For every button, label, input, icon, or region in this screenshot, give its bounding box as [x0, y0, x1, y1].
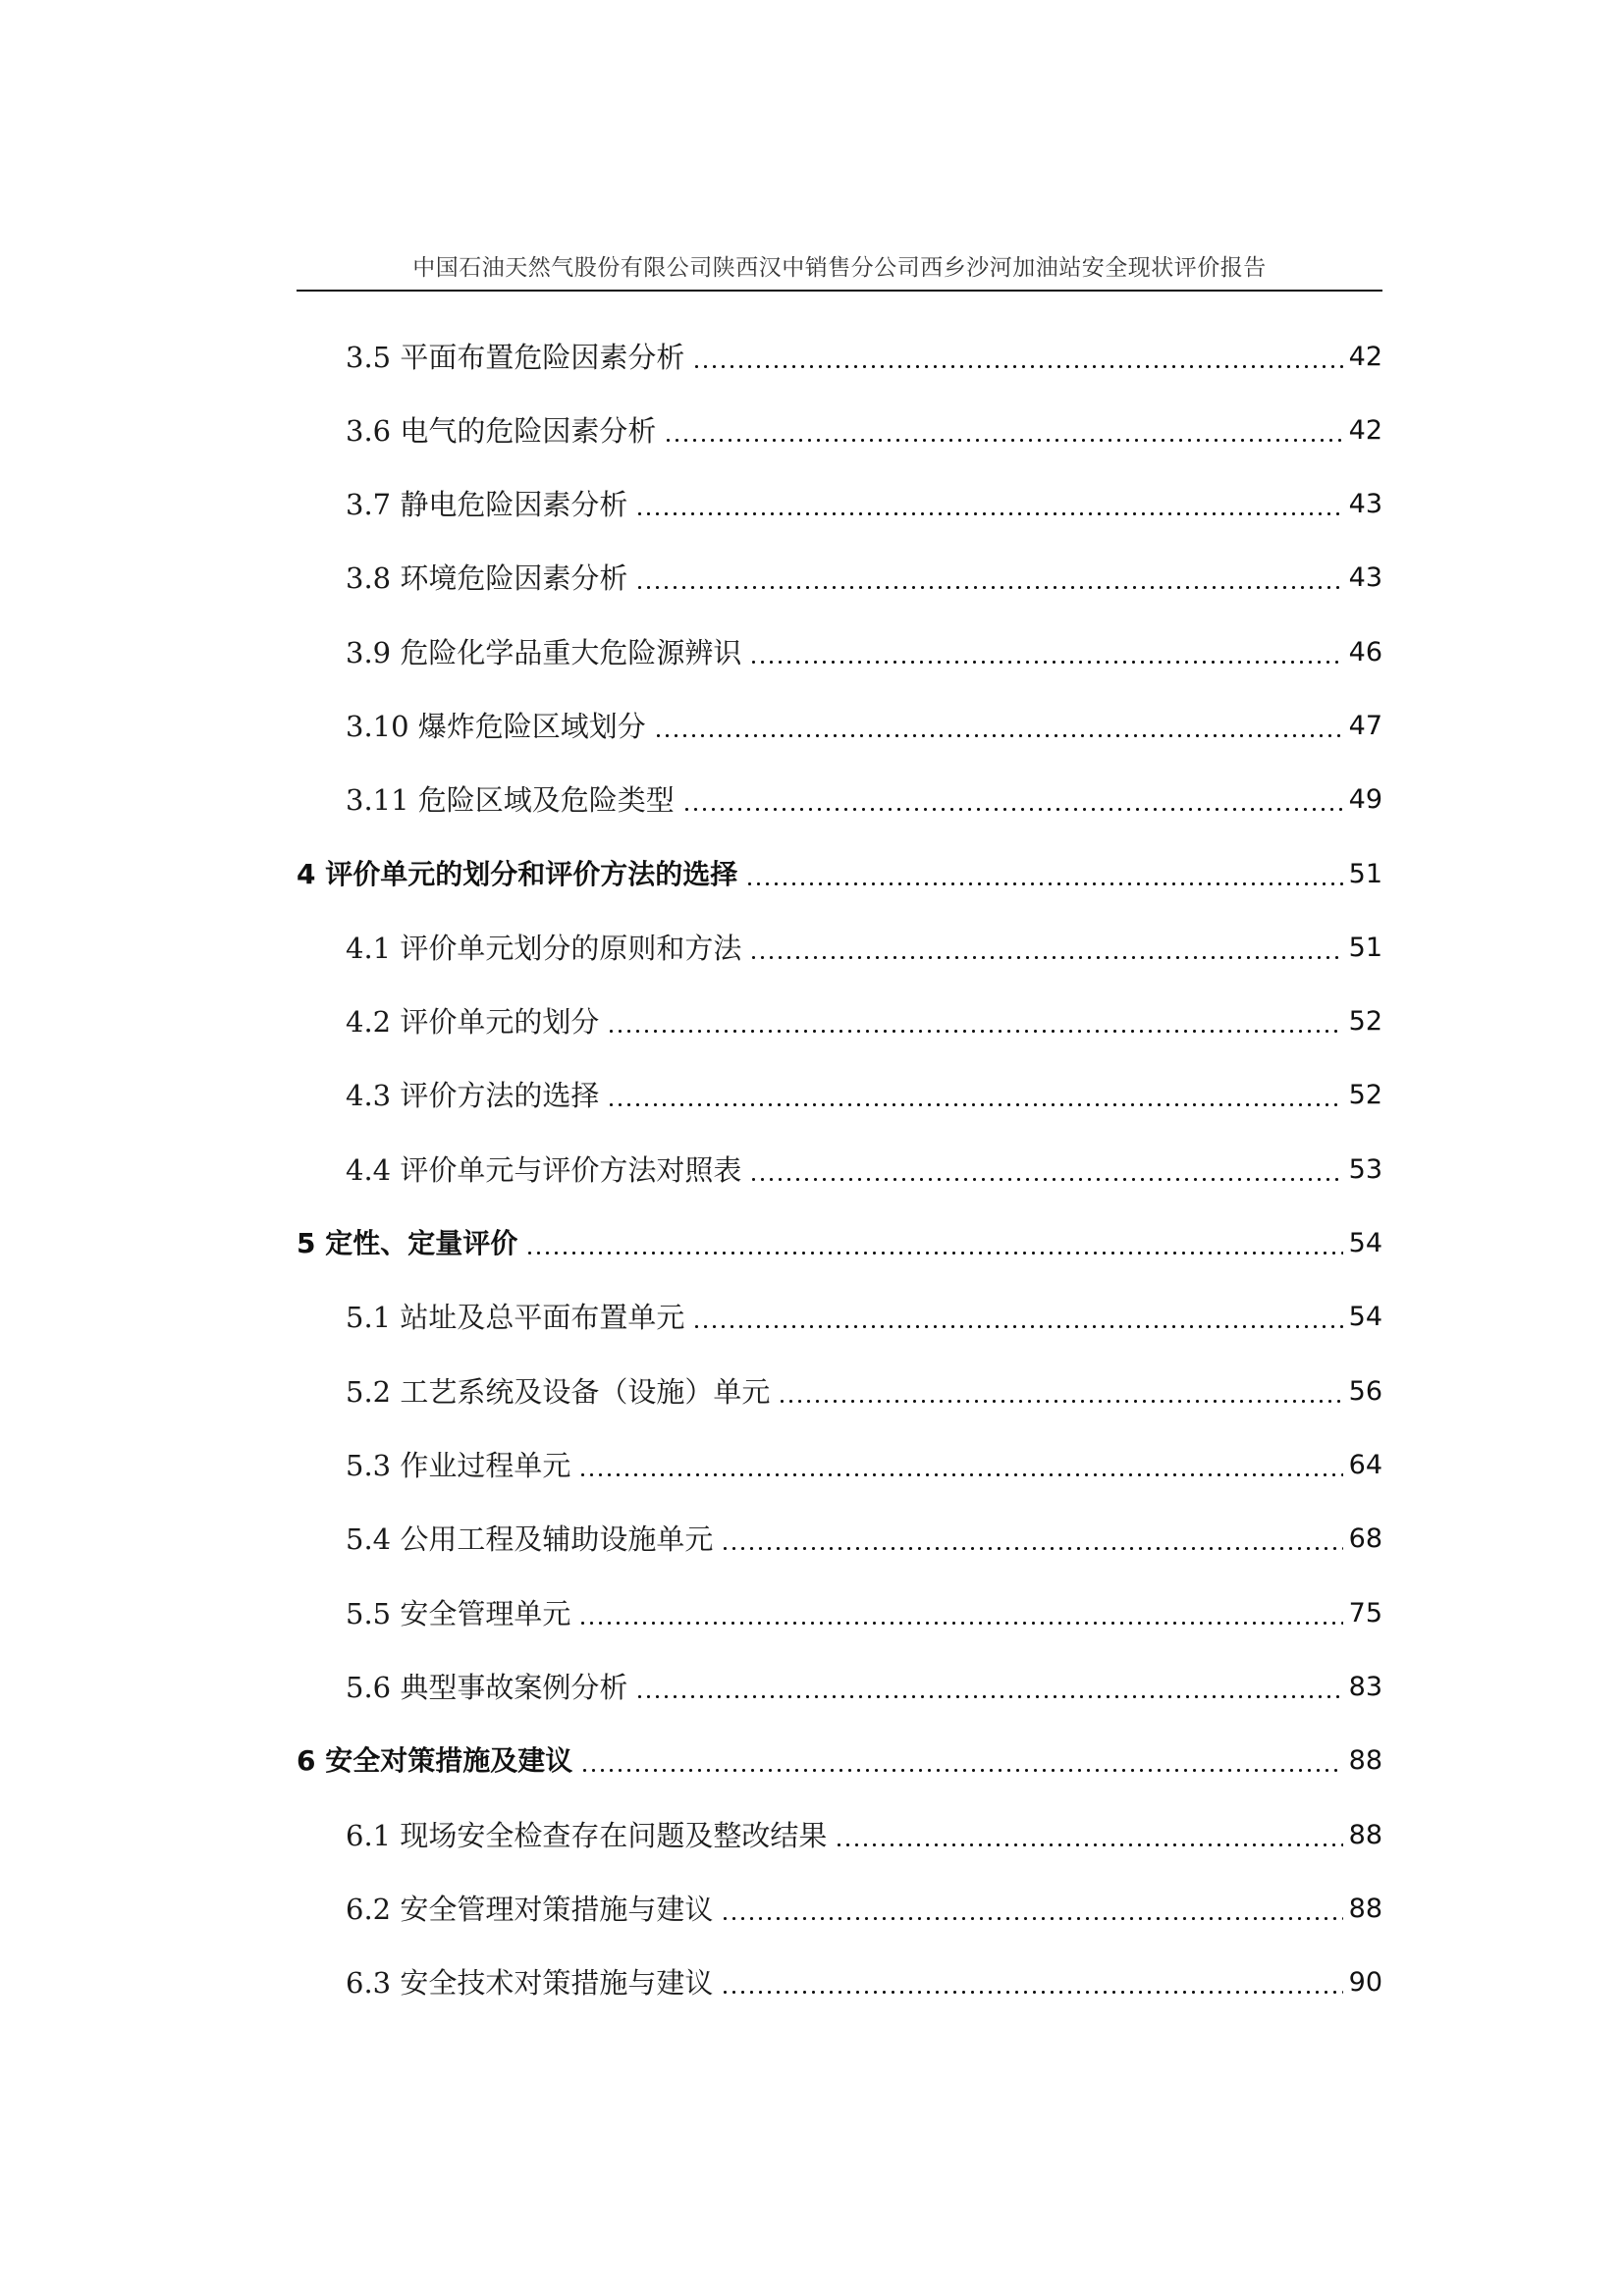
toc-page-number: 46	[1347, 633, 1382, 672]
toc-entry-3-10[interactable]: 3.10 爆炸危险区域划分 47	[297, 703, 1382, 746]
toc-entry-label: 5 定性、定量评价	[297, 1224, 521, 1263]
toc-entry-label: 6.2 安全管理对策措施与建议	[346, 1890, 717, 1929]
toc-entry-4-4[interactable]: 4.4 评价单元与评价方法对照表 53	[297, 1147, 1382, 1190]
dot-leader	[635, 586, 1343, 589]
toc-entry-label: 5.2 工艺系统及设备（设施）单元	[346, 1372, 774, 1412]
toc-entry-label: 3.5 平面布置危险因素分析	[346, 338, 688, 377]
dot-leader	[721, 1991, 1343, 1994]
toc-entry-5-1[interactable]: 5.1 站址及总平面布置单元 54	[297, 1294, 1382, 1337]
toc-page-number: 52	[1347, 1002, 1382, 1041]
dot-leader	[749, 661, 1343, 664]
dot-leader	[635, 512, 1343, 515]
toc-entry-4[interactable]: 4 评价单元的划分和评价方法的选择 51	[297, 851, 1382, 894]
toc-entry-label: 4.3 评价方法的选择	[346, 1076, 603, 1115]
toc-entry-label: 4 评价单元的划分和评价方法的选择	[297, 855, 741, 894]
dot-leader	[745, 882, 1343, 885]
toc-entry-label: 4.1 评价单元划分的原则和方法	[346, 929, 745, 968]
toc-page-number: 51	[1347, 855, 1382, 894]
toc-entry-3-11[interactable]: 3.11 危险区域及危险类型 49	[297, 776, 1382, 820]
toc-entry-5-2[interactable]: 5.2 工艺系统及设备（设施）单元 56	[297, 1368, 1382, 1412]
dot-leader	[525, 1252, 1343, 1255]
toc-page-number: 54	[1347, 1298, 1382, 1337]
dot-leader	[749, 1178, 1343, 1181]
toc-page-number: 56	[1347, 1372, 1382, 1412]
toc-entry-4-1[interactable]: 4.1 评价单元划分的原则和方法 51	[297, 925, 1382, 968]
toc-entry-3-9[interactable]: 3.9 危险化学品重大危险源辨识 46	[297, 629, 1382, 672]
toc-entry-3-5[interactable]: 3.5 平面布置危险因素分析 42	[297, 334, 1382, 377]
toc-entry-label: 3.9 危险化学品重大危险源辨识	[346, 633, 745, 672]
toc-entry-label: 4.2 评价单元的划分	[346, 1002, 603, 1041]
toc-entry-label: 5.1 站址及总平面布置单元	[346, 1298, 688, 1337]
toc-entry-3-6[interactable]: 3.6 电气的危险因素分析 42	[297, 407, 1382, 451]
toc-entry-label: 5.6 典型事故案例分析	[346, 1668, 631, 1707]
toc-page-number: 75	[1347, 1594, 1382, 1633]
toc-entry-label: 6 安全对策措施及建议	[297, 1741, 576, 1781]
toc-entry-3-7[interactable]: 3.7 静电危险因素分析 43	[297, 481, 1382, 524]
toc-entry-4-3[interactable]: 4.3 评价方法的选择 52	[297, 1072, 1382, 1115]
toc-entry-label: 5.4 公用工程及辅助设施单元	[346, 1520, 717, 1559]
dot-leader	[749, 956, 1343, 959]
toc-entry-label: 3.11 危险区域及危险类型	[346, 780, 678, 820]
dot-leader	[664, 439, 1343, 442]
toc-page-number: 90	[1347, 1963, 1382, 2002]
toc-entry-label: 5.3 作业过程单元	[346, 1446, 574, 1485]
dot-leader	[682, 808, 1343, 811]
toc-entry-6-3[interactable]: 6.3 安全技术对策措施与建议 90	[297, 1959, 1382, 2002]
toc-entry-6-1[interactable]: 6.1 现场安全检查存在问题及整改结果 88	[297, 1812, 1382, 1855]
toc-page-number: 49	[1347, 780, 1382, 820]
toc-page-number: 51	[1347, 929, 1382, 968]
toc-entry-5-4[interactable]: 5.4 公用工程及辅助设施单元 68	[297, 1516, 1382, 1559]
toc-page-number: 42	[1347, 411, 1382, 451]
dot-leader	[721, 1917, 1343, 1920]
toc-entry-label: 6.1 现场安全检查存在问题及整改结果	[346, 1816, 831, 1855]
toc-entry-6[interactable]: 6 安全对策措施及建议 88	[297, 1737, 1382, 1781]
dot-leader	[607, 1030, 1343, 1033]
toc-page-number: 47	[1347, 707, 1382, 746]
toc-page-number: 43	[1347, 559, 1382, 598]
toc-entry-label: 3.10 爆炸危险区域划分	[346, 707, 650, 746]
toc-page-number: 52	[1347, 1076, 1382, 1115]
dot-leader	[721, 1547, 1343, 1550]
toc-entry-5[interactable]: 5 定性、定量评价 54	[297, 1220, 1382, 1263]
toc-page-number: 88	[1347, 1741, 1382, 1781]
toc-entry-4-2[interactable]: 4.2 评价单元的划分 52	[297, 998, 1382, 1041]
toc-page-number: 42	[1347, 338, 1382, 377]
toc-page-number: 68	[1347, 1520, 1382, 1559]
dot-leader	[635, 1695, 1343, 1698]
toc-entry-5-6[interactable]: 5.6 典型事故案例分析 83	[297, 1664, 1382, 1707]
toc-entry-label: 3.6 电气的危险因素分析	[346, 411, 660, 451]
toc-entry-label: 5.5 安全管理单元	[346, 1594, 574, 1633]
toc-page-number: 64	[1347, 1446, 1382, 1485]
dot-leader	[654, 734, 1343, 737]
toc-entry-6-2[interactable]: 6.2 安全管理对策措施与建议 88	[297, 1886, 1382, 1929]
toc-entry-label: 3.8 环境危险因素分析	[346, 559, 631, 598]
toc-entry-5-5[interactable]: 5.5 安全管理单元 75	[297, 1590, 1382, 1633]
toc-page-number: 88	[1347, 1890, 1382, 1929]
toc-entry-label: 6.3 安全技术对策措施与建议	[346, 1963, 717, 2002]
dot-leader	[835, 1843, 1343, 1846]
toc-page-number: 53	[1347, 1150, 1382, 1190]
dot-leader	[692, 365, 1343, 368]
toc-page-number: 88	[1347, 1816, 1382, 1855]
dot-leader	[778, 1400, 1343, 1403]
toc-entry-3-8[interactable]: 3.8 环境危险因素分析 43	[297, 555, 1382, 598]
dot-leader	[607, 1103, 1343, 1106]
running-header: 中国石油天然气股份有限公司陕西汉中销售分公司西乡沙河加油站安全现状评价报告	[297, 253, 1382, 283]
toc-page-number: 83	[1347, 1668, 1382, 1707]
dot-leader	[692, 1325, 1343, 1328]
toc-entry-label: 4.4 评价单元与评价方法对照表	[346, 1150, 745, 1190]
dot-leader	[580, 1769, 1343, 1772]
document-page: 中国石油天然气股份有限公司陕西汉中销售分公司西乡沙河加油站安全现状评价报告 3.…	[0, 0, 1624, 2296]
header-rule	[297, 290, 1382, 292]
toc-entry-5-3[interactable]: 5.3 作业过程单元 64	[297, 1442, 1382, 1485]
toc-page-number: 54	[1347, 1224, 1382, 1263]
toc-page-number: 43	[1347, 485, 1382, 524]
toc-entry-label: 3.7 静电危险因素分析	[346, 485, 631, 524]
dot-leader	[578, 1473, 1343, 1476]
dot-leader	[578, 1622, 1343, 1625]
